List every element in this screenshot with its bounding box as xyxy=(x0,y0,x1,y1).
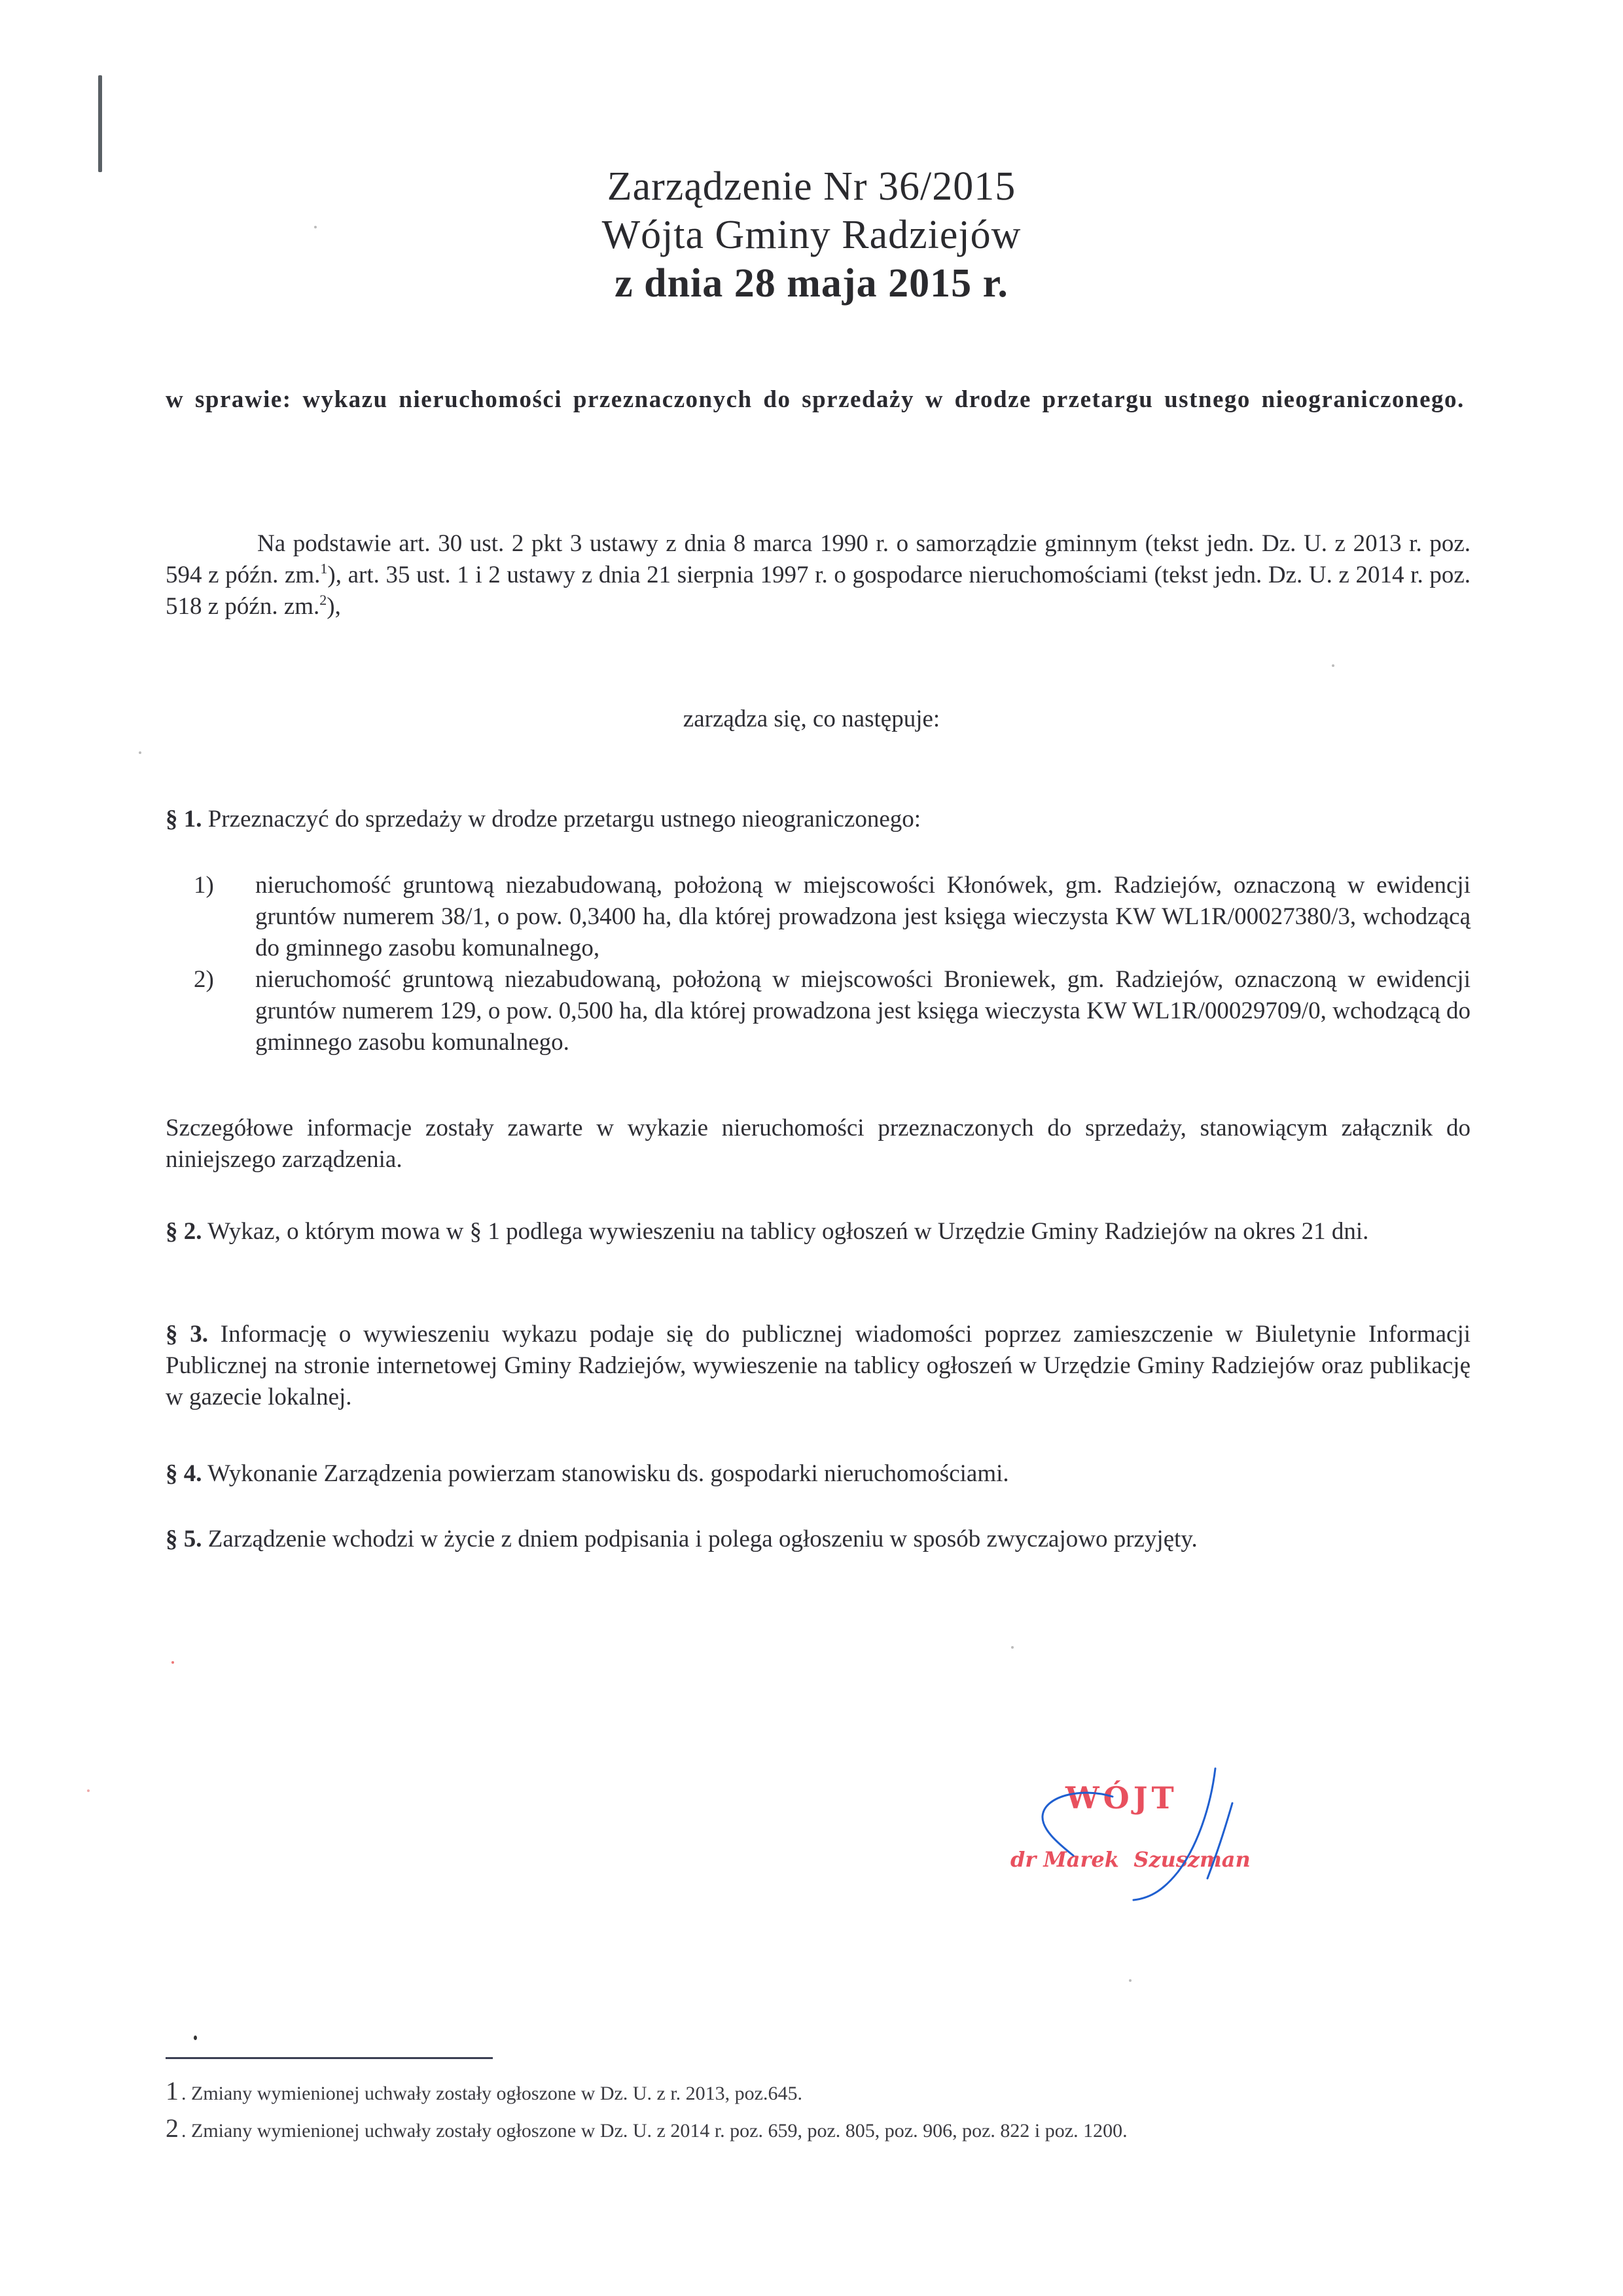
scan-speck xyxy=(1129,1979,1132,1982)
footnote-ref-1[interactable]: 1 xyxy=(320,560,327,577)
footnote-text: . Zmiany wymienionej uchwały zostały ogł… xyxy=(181,2120,1128,2142)
section-3-marker: § 3. xyxy=(166,1321,208,1348)
section-1-text: Przeznaczyć do sprzedaży w drodze przeta… xyxy=(202,806,921,833)
section-4: § 4. Wykonanie Zarządzenia powierzam sta… xyxy=(166,1458,1471,1490)
details-paragraph: Szczegółowe informacje zostały zawarte w… xyxy=(166,1113,1471,1175)
footnote-2: 2. Zmiany wymienionej uchwały zostały og… xyxy=(166,2115,1128,2144)
section-3-text: Informację o wywieszeniu wykazu podaje s… xyxy=(166,1321,1471,1410)
list-item: 2) nieruchomość gruntową niezabudowaną, … xyxy=(194,964,1471,1058)
section-4-marker: § 4. xyxy=(166,1460,202,1487)
section-2: § 2. Wykaz, o którym mowa w § 1 podlega … xyxy=(166,1216,1471,1247)
section-3: § 3. Informację o wywieszeniu wykazu pod… xyxy=(166,1319,1471,1413)
scan-speck xyxy=(87,1789,90,1792)
footnote-number: 2 xyxy=(166,2113,179,2143)
footnote-separator xyxy=(166,2057,493,2059)
scan-speck xyxy=(194,2036,197,2040)
document-subject: w sprawie: wykazu nieruchomości przeznac… xyxy=(166,385,1471,415)
scan-artifact-mark xyxy=(98,75,102,172)
scan-speck xyxy=(1332,664,1334,667)
footnote-number: 1 xyxy=(166,2076,179,2106)
decree-phrase: zarządza się, co następuje: xyxy=(0,704,1623,735)
section-2-text: Wykaz, o którym mowa w § 1 podlega wywie… xyxy=(202,1218,1369,1245)
section-5: § 5. Zarządzenie wchodzi w życie z dniem… xyxy=(166,1524,1471,1555)
section-5-text: Zarządzenie wchodzi w życie z dniem podp… xyxy=(202,1526,1198,1552)
list-item-text: nieruchomość gruntową niezabudowaną, poł… xyxy=(255,964,1471,1058)
preamble: Na podstawie art. 30 ust. 2 pkt 3 ustawy… xyxy=(166,528,1471,622)
section-2-marker: § 2. xyxy=(166,1218,202,1245)
title-line-3: z dnia 28 maja 2015 r. xyxy=(0,259,1623,308)
footnote-1: 1. Zmiany wymienionej uchwały zostały og… xyxy=(166,2078,802,2107)
section-4-text: Wykonanie Zarządzenia powierzam stanowis… xyxy=(202,1460,1009,1487)
section-1: § 1. Przeznaczyć do sprzedaży w drodze p… xyxy=(166,804,1471,835)
list-item-number: 2) xyxy=(194,964,255,1058)
title-line-1: Zarządzenie Nr 36/2015 xyxy=(0,162,1623,211)
list-item: 1) nieruchomość gruntową niezabudowaną, … xyxy=(194,870,1471,964)
list-item-text: nieruchomość gruntową niezabudowaną, poł… xyxy=(255,870,1471,964)
title-line-2: Wójta Gminy Radziejów xyxy=(0,211,1623,259)
preamble-text-3: ), xyxy=(327,593,341,620)
scan-speck xyxy=(1011,1646,1014,1649)
handwritten-signature xyxy=(982,1734,1309,1918)
section-5-marker: § 5. xyxy=(166,1526,202,1552)
scan-speck xyxy=(171,1661,174,1664)
document-title: Zarządzenie Nr 36/2015 Wójta Gminy Radzi… xyxy=(0,162,1623,308)
list-item-number: 1) xyxy=(194,870,255,964)
official-stamp: WÓJT dr Marek Szuszman xyxy=(982,1734,1309,1918)
footnote-ref-2[interactable]: 2 xyxy=(319,592,327,608)
property-list: 1) nieruchomość gruntową niezabudowaną, … xyxy=(194,870,1471,1058)
section-1-marker: § 1. xyxy=(166,806,202,833)
scan-speck xyxy=(139,751,141,754)
footnote-text: . Zmiany wymienionej uchwały zostały ogł… xyxy=(181,2083,802,2104)
preamble-text-2: ), art. 35 ust. 1 i 2 ustawy z dnia 21 s… xyxy=(166,562,1471,620)
